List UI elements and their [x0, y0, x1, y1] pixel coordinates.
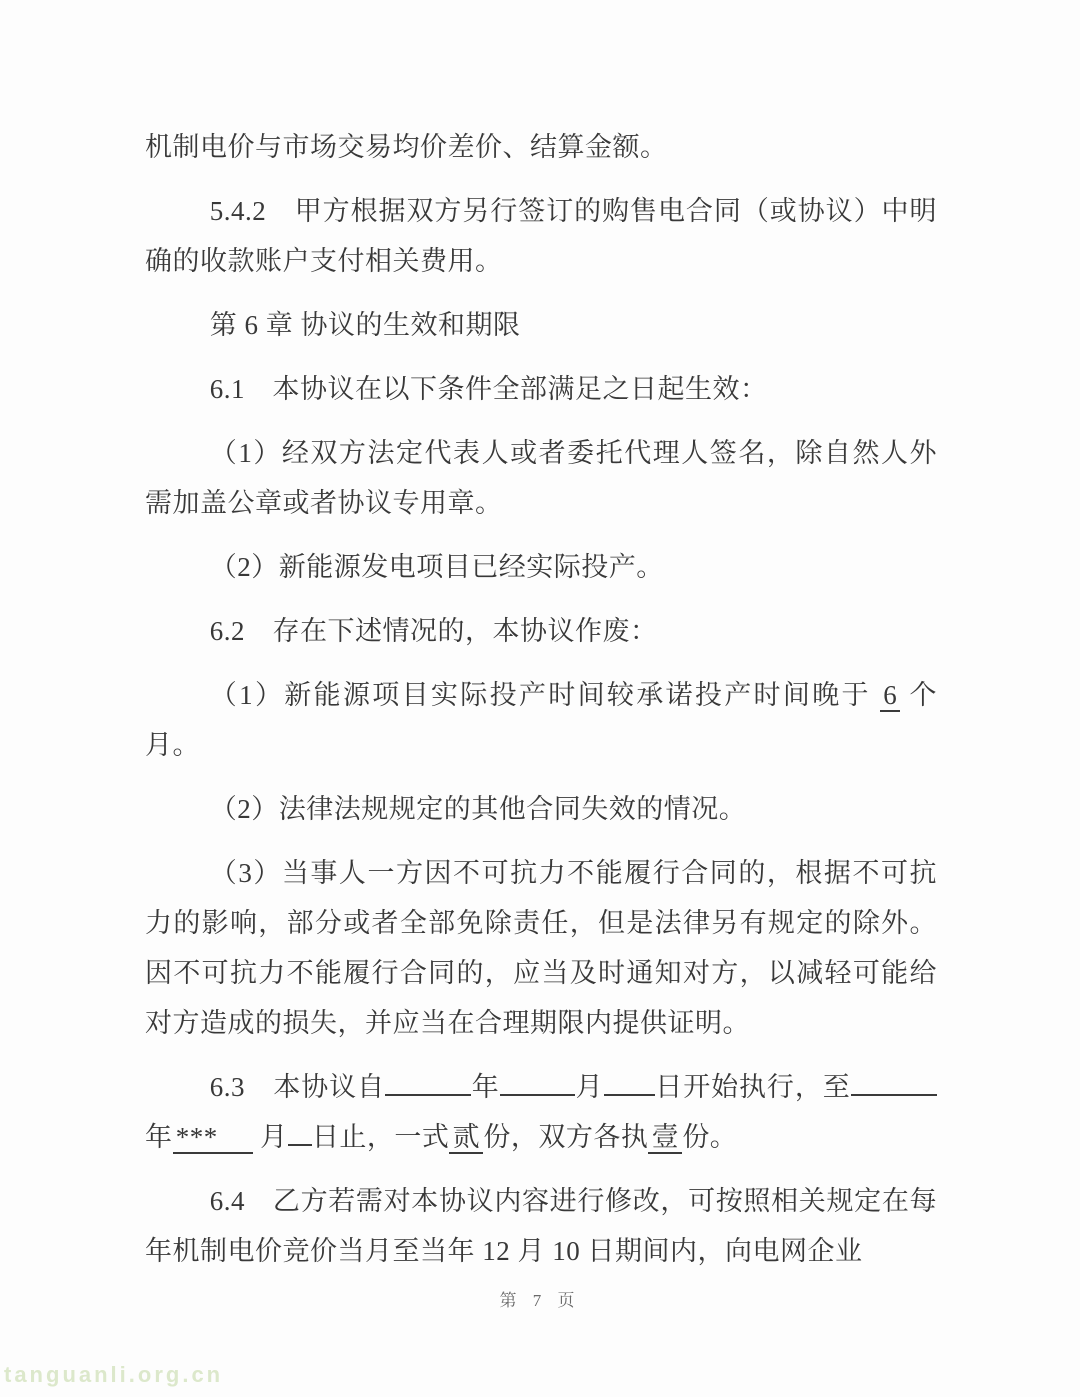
underlined-text: 壹 [648, 1122, 682, 1154]
text-run: （1）新能源项目实际投产时间较承诺投产时间晚于 [210, 680, 880, 710]
fill-in-blank [385, 1067, 471, 1096]
text-run: 5.4.2 甲方根据双方另行签订的购售电合同（或协议）中明确的收款账户支付相关费… [145, 196, 937, 276]
fill-in-blank [288, 1117, 312, 1146]
fill-in-blank [500, 1067, 576, 1096]
text-run: （2）法律法规规定的其他合同失效的情况。 [210, 794, 747, 824]
paragraph: （2）新能源发电项目已经实际投产。 [145, 542, 937, 592]
text-run: 第 6 章 协议的生效和期限 [210, 310, 521, 340]
paragraph: （3）当事人一方因不可抗力不能履行合同的，根据不可抗力的影响，部分或者全部免除责… [145, 848, 937, 1048]
paragraph: （1）新能源项目实际投产时间较承诺投产时间晚于 6 个月。 [145, 670, 937, 770]
paragraph: （1）经双方法定代表人或者委托代理人签名，除自然人外需加盖公章或者协议专用章。 [145, 428, 937, 528]
text-run: 份，双方各执 [483, 1122, 648, 1152]
text-run: 年 [145, 1122, 173, 1152]
paragraph: 5.4.2 甲方根据双方另行签订的购售电合同（或协议）中明确的收款账户支付相关费… [145, 186, 937, 286]
underlined-text: 6 [880, 680, 900, 712]
text-run: 6.3 本协议自 [210, 1072, 385, 1102]
text-run: 年 [471, 1072, 499, 1102]
paragraph: （2）法律法规规定的其他合同失效的情况。 [145, 784, 937, 834]
text-run: 日开始执行，至 [655, 1072, 851, 1102]
underlined-text: *** [173, 1122, 253, 1154]
document-body: 机制电价与市场交易均价差价、结算金额。5.4.2 甲方根据双方另行签订的购售电合… [145, 122, 937, 1290]
text-run: 6.2 存在下述情况的，本协议作废： [210, 616, 658, 646]
text-run: （3）当事人一方因不可抗力不能履行合同的，根据不可抗力的影响，部分或者全部免除责… [145, 858, 937, 1038]
text-run: 月 [575, 1072, 603, 1102]
chapter-heading: 第 6 章 协议的生效和期限 [145, 300, 937, 350]
text-run: 6.4 乙方若需对本协议内容进行修改，可按照相关规定在每年机制电价竞价当月至当年… [145, 1186, 937, 1266]
paragraph: 6.4 乙方若需对本协议内容进行修改，可按照相关规定在每年机制电价竞价当月至当年… [145, 1176, 937, 1276]
fill-in-blank [851, 1067, 937, 1096]
paragraph: 6.2 存在下述情况的，本协议作废： [145, 606, 937, 656]
paragraph: 6.1 本协议在以下条件全部满足之日起生效： [145, 364, 937, 414]
text-run: 6.1 本协议在以下条件全部满足之日起生效： [210, 374, 768, 404]
watermark-text: tanguanli.org.cn [4, 1362, 223, 1388]
text-run: （2）新能源发电项目已经实际投产。 [210, 552, 664, 582]
text-run: （1）经双方法定代表人或者委托代理人签名，除自然人外需加盖公章或者协议专用章。 [145, 438, 937, 518]
text-run: 日止，一式 [312, 1122, 450, 1152]
paragraph: 6.3 本协议自年月日开始执行，至年*** 月日止，一式贰份，双方各执壹份。 [145, 1062, 937, 1162]
document-page: 机制电价与市场交易均价差价、结算金额。5.4.2 甲方根据双方另行签订的购售电合… [0, 0, 1080, 1397]
paragraph: 机制电价与市场交易均价差价、结算金额。 [145, 122, 937, 172]
text-run: 月 [253, 1122, 288, 1152]
page-number-footer: 第 7 页 [0, 1286, 1080, 1311]
fill-in-blank [604, 1067, 655, 1096]
text-run: 份。 [682, 1122, 737, 1152]
underlined-text: 贰 [449, 1122, 483, 1154]
text-run: 机制电价与市场交易均价差价、结算金额。 [145, 132, 668, 162]
